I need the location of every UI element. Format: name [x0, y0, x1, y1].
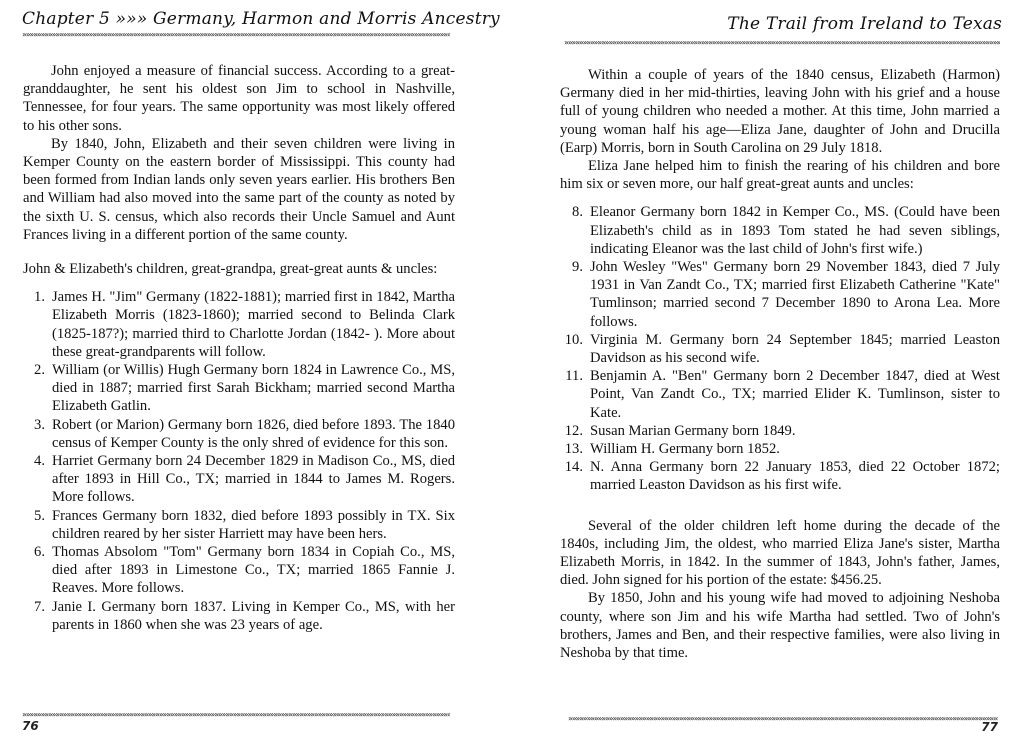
left-body-text: John enjoyed a measure of financial succ…: [23, 62, 455, 634]
list-item: 9.John Wesley "Wes" Germany born 29 Nove…: [560, 258, 1000, 331]
list-number: 9.: [560, 258, 583, 276]
list-number: 13.: [560, 440, 583, 458]
list-heading: John & Elizabeth's children, great-grand…: [23, 260, 455, 278]
list-number: 5.: [23, 507, 45, 525]
list-number: 7.: [23, 598, 45, 616]
page-number: 77: [981, 720, 998, 734]
list-number: 12.: [560, 422, 583, 440]
list-text: Susan Marian Germany born 1849.: [590, 423, 796, 439]
list-text: Robert (or Marion) Germany born 1826, di…: [52, 417, 455, 451]
right-page: The Trail from Ireland to Texas »»»»»»»»…: [512, 0, 1024, 740]
list-text: Janie I. Germany born 1837. Living in Ke…: [52, 599, 455, 633]
header-chevron-rule: »»»»»»»»»»»»»»»»»»»»»»»»»»»»»»»»»»»»»»»»…: [22, 31, 450, 39]
list-text: William H. Germany born 1852.: [590, 441, 780, 457]
list-item: 4.Harriet Germany born 24 December 1829 …: [23, 452, 455, 507]
left-page: Chapter 5 »»» Germany, Harmon and Morris…: [0, 0, 512, 740]
list-number: 11.: [560, 367, 583, 385]
list-item: 14.N. Anna Germany born 22 January 1853,…: [560, 458, 1000, 494]
chapter-running-head: Chapter 5 »»» Germany, Harmon and Morris…: [22, 9, 500, 29]
list-number: 6.: [23, 543, 45, 561]
children-list: 8.Eleanor Germany born 1842 in Kemper Co…: [560, 203, 1000, 494]
book-title-running-head: The Trail from Ireland to Texas: [727, 14, 1002, 34]
list-item: 10.Virginia M. Germany born 24 September…: [560, 331, 1000, 367]
list-item: 5.Frances Germany born 1832, died before…: [23, 507, 455, 543]
list-text: James H. "Jim" Germany (1822-1881); marr…: [52, 289, 455, 360]
page-number: 76: [22, 719, 39, 733]
footer-chevron-rule: »»»»»»»»»»»»»»»»»»»»»»»»»»»»»»»»»»»»»»»»…: [22, 711, 450, 719]
list-number: 1.: [23, 288, 45, 306]
list-text: William (or Willis) Hugh Germany born 18…: [52, 362, 455, 414]
header-chevron-rule: »»»»»»»»»»»»»»»»»»»»»»»»»»»»»»»»»»»»»»»»…: [564, 39, 1000, 47]
list-text: Frances Germany born 1832, died before 1…: [52, 508, 455, 542]
list-item: 1.James H. "Jim" Germany (1822-1881); ma…: [23, 288, 455, 361]
footer-chevron-rule: »»»»»»»»»»»»»»»»»»»»»»»»»»»»»»»»»»»»»»»»…: [568, 715, 998, 723]
paragraph: Within a couple of years of the 1840 cen…: [560, 66, 1000, 157]
right-body-text: Within a couple of years of the 1840 cen…: [560, 66, 1000, 662]
list-number: 10.: [560, 331, 583, 349]
list-item: 3.Robert (or Marion) Germany born 1826, …: [23, 416, 455, 452]
list-number: 8.: [560, 203, 583, 221]
list-item: 2.William (or Willis) Hugh Germany born …: [23, 361, 455, 416]
list-text: Benjamin A. "Ben" Germany born 2 Decembe…: [590, 368, 1000, 420]
paragraph: Eliza Jane helped him to finish the rear…: [560, 157, 1000, 193]
list-item: 6.Thomas Absolom "Tom" Germany born 1834…: [23, 543, 455, 598]
list-item: 8.Eleanor Germany born 1842 in Kemper Co…: [560, 203, 1000, 258]
list-item: 7.Janie I. Germany born 1837. Living in …: [23, 598, 455, 634]
list-text: Eleanor Germany born 1842 in Kemper Co.,…: [590, 204, 1000, 256]
list-number: 4.: [23, 452, 45, 470]
list-text: N. Anna Germany born 22 January 1853, di…: [590, 459, 1000, 493]
list-number: 14.: [560, 458, 583, 476]
children-list: 1.James H. "Jim" Germany (1822-1881); ma…: [23, 288, 455, 634]
list-text: Virginia M. Germany born 24 September 18…: [590, 332, 1000, 366]
paragraph: By 1850, John and his young wife had mov…: [560, 589, 1000, 662]
paragraph: John enjoyed a measure of financial succ…: [23, 62, 455, 135]
list-text: Harriet Germany born 24 December 1829 in…: [52, 453, 455, 505]
list-number: 3.: [23, 416, 45, 434]
list-number: 2.: [23, 361, 45, 379]
list-item: 11.Benjamin A. "Ben" Germany born 2 Dece…: [560, 367, 1000, 422]
list-item: 12.Susan Marian Germany born 1849.: [560, 422, 1000, 440]
paragraph: By 1840, John, Elizabeth and their seven…: [23, 135, 455, 244]
paragraph: Several of the older children left home …: [560, 517, 1000, 590]
list-text: John Wesley "Wes" Germany born 29 Novemb…: [590, 259, 1000, 330]
list-text: Thomas Absolom "Tom" Germany born 1834 i…: [52, 544, 455, 596]
list-item: 13.William H. Germany born 1852.: [560, 440, 1000, 458]
